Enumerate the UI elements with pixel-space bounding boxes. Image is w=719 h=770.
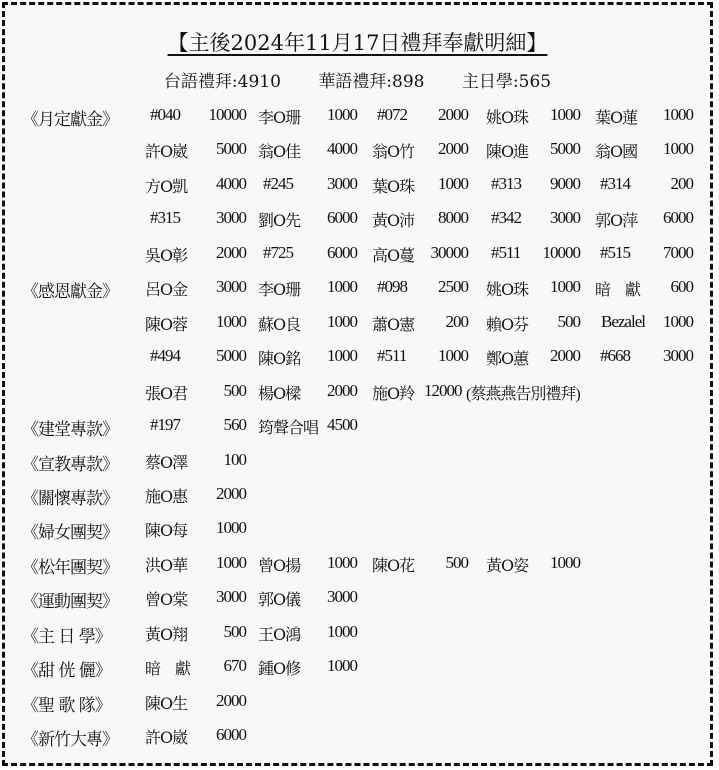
donor-name: #314 bbox=[600, 174, 630, 194]
donation-amount: 4000 bbox=[216, 174, 246, 194]
donation-amount: 200 bbox=[671, 174, 694, 194]
offering-row: 吳O彰2000#7256000高O蔓30000#51110000#5157000 bbox=[5, 243, 716, 273]
donation-amount: 3000 bbox=[216, 208, 246, 228]
donation-amount: 1000 bbox=[438, 174, 468, 194]
donor-name: 陳O花 bbox=[372, 553, 414, 576]
donor-name: #515 bbox=[600, 243, 630, 263]
offering-row: 許O崴5000翁O佳4000翁O竹2000陳O進5000翁O國1000 bbox=[5, 139, 716, 169]
donor-name: 蔡O澤 bbox=[145, 450, 187, 473]
offering-row: 《建堂專款》#197560筠聲合唱4500 bbox=[5, 415, 716, 445]
donation-amount: 4500 bbox=[327, 415, 357, 435]
donation-amount: 500 bbox=[558, 312, 581, 332]
donor-name: #511 bbox=[377, 346, 406, 366]
attendance-summary: 台語禮拜:4910 華語禮拜:898 主日學:565 bbox=[5, 67, 710, 92]
donation-amount: 1000 bbox=[216, 518, 246, 538]
donor-name: 李O珊 bbox=[258, 105, 300, 128]
donor-name: 楊O樑 bbox=[258, 381, 300, 404]
category-label: 《運動團契》 bbox=[22, 587, 118, 612]
donation-amount: 100 bbox=[224, 450, 247, 470]
donation-amount: 3000 bbox=[663, 346, 693, 366]
offering-row: 《月定獻金》#04010000李O珊1000#0722000姚O珠1000葉O蓮… bbox=[5, 105, 716, 135]
donor-name: 陳O生 bbox=[145, 691, 187, 714]
donation-amount: 2000 bbox=[327, 381, 357, 401]
donation-amount: 1000 bbox=[327, 105, 357, 125]
donor-name: 吳O彰 bbox=[145, 243, 187, 266]
donation-amount: 1000 bbox=[550, 553, 580, 573]
donation-amount: 560 bbox=[224, 415, 247, 435]
donor-name: #494 bbox=[150, 346, 180, 366]
donation-amount: 1000 bbox=[216, 312, 246, 332]
donor-name: 曾O棠 bbox=[145, 587, 187, 610]
donation-amount: 2000 bbox=[216, 243, 246, 263]
donation-amount: 6000 bbox=[663, 208, 693, 228]
page-title: 【主後2024年11月17日禮拜奉獻明細】 bbox=[5, 27, 710, 57]
donation-amount: 3000 bbox=[327, 587, 357, 607]
donation-amount: 1000 bbox=[327, 553, 357, 573]
donor-name: 王O鴻 bbox=[258, 622, 300, 645]
donation-amount: 2000 bbox=[550, 346, 580, 366]
donor-name: 許O崴 bbox=[145, 725, 187, 748]
donor-name: #342 bbox=[491, 208, 521, 228]
donation-amount: 5000 bbox=[216, 139, 246, 159]
donation-amount: 1000 bbox=[663, 312, 693, 332]
donation-amount: 1000 bbox=[663, 105, 693, 125]
donor-name: 翁O佳 bbox=[258, 139, 300, 162]
donor-name: #098 bbox=[377, 277, 407, 297]
donor-name: 陳O進 bbox=[486, 139, 528, 162]
donation-amount: 6000 bbox=[216, 725, 246, 745]
donor-name: 翁O竹 bbox=[372, 139, 414, 162]
donor-name: 曾O揚 bbox=[258, 553, 300, 576]
donor-name: 劉O先 bbox=[258, 208, 300, 231]
category-label: 《感恩獻金》 bbox=[22, 277, 118, 302]
donation-amount: 6000 bbox=[327, 243, 357, 263]
offering-row: 《聖 歌 隊》陳O生2000 bbox=[5, 691, 716, 721]
donor-name: Bezalel bbox=[601, 312, 645, 332]
donation-amount: 5000 bbox=[216, 346, 246, 366]
offering-row: #4945000陳O銘1000#5111000鄭O蕙2000#6683000 bbox=[5, 346, 716, 376]
donation-amount: 10000 bbox=[209, 105, 247, 125]
donor-name: 黃O翔 bbox=[145, 622, 187, 645]
donor-name: 張O君 bbox=[145, 381, 187, 404]
donor-name: 陳O蓉 bbox=[145, 312, 187, 335]
donation-amount: 500 bbox=[224, 381, 247, 401]
donor-name: 施O羚 bbox=[372, 381, 414, 404]
category-label: 《聖 歌 隊》 bbox=[22, 691, 111, 716]
offering-row: 《關懷專款》施O惠2000 bbox=[5, 484, 716, 514]
donation-amount: 30000 bbox=[431, 243, 469, 263]
offering-row: 陳O蓉1000蘇O良1000蕭O憲200賴O芬500Bezalel1000 bbox=[5, 312, 716, 342]
donation-amount: 7000 bbox=[663, 243, 693, 263]
donation-amount: 1000 bbox=[550, 277, 580, 297]
donation-amount: 2000 bbox=[438, 139, 468, 159]
donor-name: 郭O儀 bbox=[258, 587, 300, 610]
donor-name: 黃O沛 bbox=[372, 208, 414, 231]
donor-name: #040 bbox=[150, 105, 180, 125]
donation-amount: 670 bbox=[224, 656, 247, 676]
offering-row: 《感恩獻金》呂O金3000李O珊1000#0982500姚O珠1000暗 獻60… bbox=[5, 277, 716, 307]
donation-amount: 10000 bbox=[543, 243, 581, 263]
donation-amount: 500 bbox=[446, 553, 469, 573]
donation-amount: 1000 bbox=[216, 553, 246, 573]
donation-amount: 200 bbox=[446, 312, 469, 332]
offering-row: 《運動團契》曾O棠3000郭O儀3000 bbox=[5, 587, 716, 617]
donor-name: 黃O姿 bbox=[486, 553, 528, 576]
donor-name: #315 bbox=[150, 208, 180, 228]
donor-name: 施O惠 bbox=[145, 484, 187, 507]
donor-name: #072 bbox=[377, 105, 407, 125]
donor-name: 洪O華 bbox=[145, 553, 187, 576]
donation-amount: 3000 bbox=[216, 277, 246, 297]
donation-amount: 1000 bbox=[550, 105, 580, 125]
donation-note: (蔡燕燕告別禮拜) bbox=[466, 381, 580, 404]
donor-name: 姚O珠 bbox=[486, 277, 528, 300]
donor-name: 暗 獻 bbox=[145, 656, 190, 679]
category-label: 《月定獻金》 bbox=[22, 105, 118, 130]
category-label: 《關懷專款》 bbox=[22, 484, 118, 509]
donor-name: #313 bbox=[491, 174, 521, 194]
donor-name: 郭O萍 bbox=[595, 208, 637, 231]
offering-row: 《甜 侊 儷》暗 獻670鍾O修1000 bbox=[5, 656, 716, 686]
category-label: 《新竹大專》 bbox=[22, 725, 118, 750]
donation-amount: 1000 bbox=[327, 312, 357, 332]
donation-amount: 2000 bbox=[216, 691, 246, 711]
donor-name: 許O崴 bbox=[145, 139, 187, 162]
donor-name: 陳O每 bbox=[145, 518, 187, 541]
donation-amount: 12000 bbox=[424, 381, 462, 401]
category-label: 《宣教專款》 bbox=[22, 450, 118, 475]
category-label: 《建堂專款》 bbox=[22, 415, 118, 440]
donation-amount: 6000 bbox=[327, 208, 357, 228]
donor-name: #197 bbox=[150, 415, 180, 435]
donation-amount: 1000 bbox=[438, 346, 468, 366]
category-label: 《甜 侊 儷》 bbox=[22, 656, 111, 681]
offering-row: 《主 日 學》黃O翔500王O鴻1000 bbox=[5, 622, 716, 652]
offering-row: #3153000劉O先6000黃O沛8000#3423000郭O萍6000 bbox=[5, 208, 716, 238]
offering-row: 《婦女團契》陳O每1000 bbox=[5, 518, 716, 548]
offering-sheet: 【主後2024年11月17日禮拜奉獻明細】 台語禮拜:4910 華語禮拜:898… bbox=[2, 2, 713, 766]
donation-amount: 600 bbox=[671, 277, 694, 297]
donor-name: 方O凱 bbox=[145, 174, 187, 197]
donation-amount: 3000 bbox=[216, 587, 246, 607]
category-label: 《主 日 學》 bbox=[22, 622, 111, 647]
donation-amount: 1000 bbox=[663, 139, 693, 159]
category-label: 《松年團契》 bbox=[22, 553, 118, 578]
donation-amount: 3000 bbox=[327, 174, 357, 194]
offering-row: 《新竹大專》許O崴6000 bbox=[5, 725, 716, 755]
donor-name: 姚O珠 bbox=[486, 105, 528, 128]
donation-amount: 3000 bbox=[550, 208, 580, 228]
donation-amount: 2500 bbox=[438, 277, 468, 297]
donor-name: #511 bbox=[491, 243, 520, 263]
donor-name: 賴O芬 bbox=[486, 312, 528, 335]
donor-name: 暗 獻 bbox=[595, 277, 640, 300]
offering-row: 方O凱4000#2453000葉O珠1000#3139000#314200 bbox=[5, 174, 716, 204]
donor-name: 鄭O蕙 bbox=[486, 346, 528, 369]
donor-name: #668 bbox=[600, 346, 630, 366]
sunday-school-count: 主日學:565 bbox=[462, 72, 551, 92]
donor-name: 翁O國 bbox=[595, 139, 637, 162]
donation-amount: 1000 bbox=[327, 622, 357, 642]
donation-amount: 1000 bbox=[327, 656, 357, 676]
donor-name: 筠聲合唱 bbox=[258, 415, 318, 438]
donor-name: 葉O珠 bbox=[372, 174, 414, 197]
offering-row: 《宣教專款》蔡O澤100 bbox=[5, 450, 716, 480]
donation-amount: 9000 bbox=[550, 174, 580, 194]
taiwanese-service-count: 台語禮拜:4910 bbox=[164, 72, 281, 92]
donor-name: 蕭O憲 bbox=[372, 312, 414, 335]
category-label: 《婦女團契》 bbox=[22, 518, 118, 543]
donation-amount: 8000 bbox=[438, 208, 468, 228]
donor-name: 高O蔓 bbox=[372, 243, 414, 266]
donation-amount: 1000 bbox=[327, 277, 357, 297]
donor-name: 呂O金 bbox=[145, 277, 187, 300]
donor-name: 蘇O良 bbox=[258, 312, 300, 335]
offering-row: 《松年團契》洪O華1000曾O揚1000陳O花500黃O姿1000 bbox=[5, 553, 716, 583]
offering-row: 張O君500楊O樑2000施O羚12000(蔡燕燕告別禮拜) bbox=[5, 381, 716, 411]
donor-name: 葉O蓮 bbox=[595, 105, 637, 128]
donor-name: 陳O銘 bbox=[258, 346, 300, 369]
title-text: 【主後2024年11月17日禮拜奉獻明細】 bbox=[168, 31, 548, 55]
mandarin-service-count: 華語禮拜:898 bbox=[318, 72, 424, 92]
donor-name: #725 bbox=[263, 243, 293, 263]
donor-name: 李O珊 bbox=[258, 277, 300, 300]
donation-amount: 2000 bbox=[438, 105, 468, 125]
donation-amount: 1000 bbox=[327, 346, 357, 366]
donation-amount: 2000 bbox=[216, 484, 246, 504]
donor-name: 鍾O修 bbox=[258, 656, 300, 679]
donation-amount: 500 bbox=[224, 622, 247, 642]
donation-amount: 4000 bbox=[327, 139, 357, 159]
donor-name: #245 bbox=[263, 174, 293, 194]
donation-amount: 5000 bbox=[550, 139, 580, 159]
